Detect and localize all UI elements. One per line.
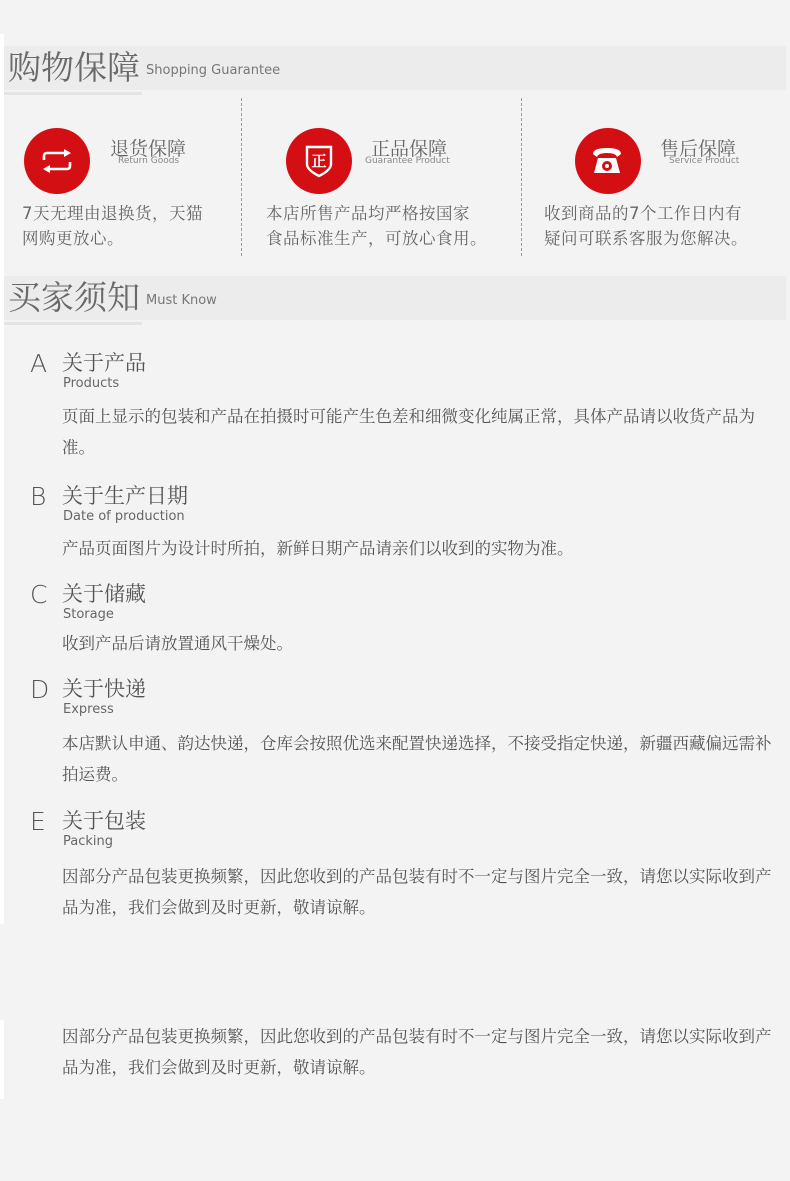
edge-strip [0,1020,4,1099]
item-letter: B [30,482,46,511]
item-title: 关于产品 [62,347,146,377]
desc-line: 食品标准生产，可放心食用。 [266,226,487,251]
guarantee-desc: 7天无理由退换货，天猫 网购更放心。 [22,201,203,251]
item-subtitle: Packing [63,834,113,849]
section-title-en: Shopping Guarantee [146,52,280,90]
repeated-note-body: 因部分产品包装更换频繁，因此您收到的产品包装有时不一定与图片完全一致，请您以实际… [62,1021,778,1083]
item-letter: C [30,580,47,609]
must-know-header: 买家须知 Must Know [4,276,786,320]
item-subtitle: Express [63,702,114,717]
desc-line: 7天无理由退换货，天猫 [22,201,203,226]
item-subtitle: Date of production [63,509,185,524]
item-subtitle: Products [63,376,119,391]
item-letter: D [30,675,49,704]
telephone-icon [575,128,641,194]
guarantee-desc: 本店所售产品均严格按国家 食品标准生产，可放心食用。 [266,201,487,251]
item-title: 关于包装 [62,805,146,835]
svg-text:正: 正 [311,152,326,170]
guarantee-row: 退货保障 Return Goods 7天无理由退换货，天猫 网购更放心。 正 正… [0,96,790,258]
repeated-note-block: 因部分产品包装更换频繁，因此您收到的产品包装有时不一定与图片完全一致，请您以实际… [0,1020,790,1099]
guarantee-desc: 收到商品的7个工作日内有 疑问可联系客服为您解决。 [544,201,748,251]
section-title-en: Must Know [146,282,217,320]
item-title: 关于生产日期 [62,480,188,510]
guarantee-subtitle: Service Product [669,156,739,166]
item-title: 关于快递 [62,673,146,703]
desc-line: 本店所售产品均严格按国家 [266,201,487,226]
item-title: 关于储藏 [62,578,146,608]
guarantee-authentic: 正 正品保障 Guarantee Product 本店所售产品均严格按国家 食品… [242,96,521,258]
authentic-shield-icon: 正 [286,128,352,194]
item-body: 本店默认申通、韵达快递，仓库会按照优选来配置快递选择，不接受指定快递，新疆西藏偏… [62,728,778,790]
shopping-guarantee-header: 购物保障 Shopping Guarantee [4,46,786,90]
item-body: 产品页面图片为设计时所拍，新鲜日期产品请亲们以收到的实物为准。 [62,533,778,564]
section-title-zh: 购物保障 [8,46,140,90]
guarantee-return: 退货保障 Return Goods 7天无理由退换货，天猫 网购更放心。 [0,96,240,258]
item-letter: A [30,349,47,378]
item-body: 页面上显示的包装和产品在拍摄时可能产生色差和细微变化纯属正常，具体产品请以收货产… [62,401,778,463]
header-underline [4,322,142,325]
desc-line: 网购更放心。 [22,226,203,251]
item-body: 因部分产品包装更换频繁，因此您收到的产品包装有时不一定与图片完全一致，请您以实际… [62,861,778,923]
guarantee-subtitle: Return Goods [118,156,179,166]
exchange-arrows-icon [24,128,90,194]
item-body: 收到产品后请放置通风干燥处。 [62,628,778,659]
item-subtitle: Storage [63,607,114,622]
guarantee-subtitle: Guarantee Product [365,156,450,166]
desc-line: 疑问可联系客服为您解决。 [544,226,748,251]
item-letter: E [30,807,46,836]
section-title-zh: 买家须知 [8,276,140,320]
desc-line: 收到商品的7个工作日内有 [544,201,748,226]
guarantee-after-sales: 售后保障 Service Product 收到商品的7个工作日内有 疑问可联系客… [522,96,790,258]
header-underline [4,92,142,95]
